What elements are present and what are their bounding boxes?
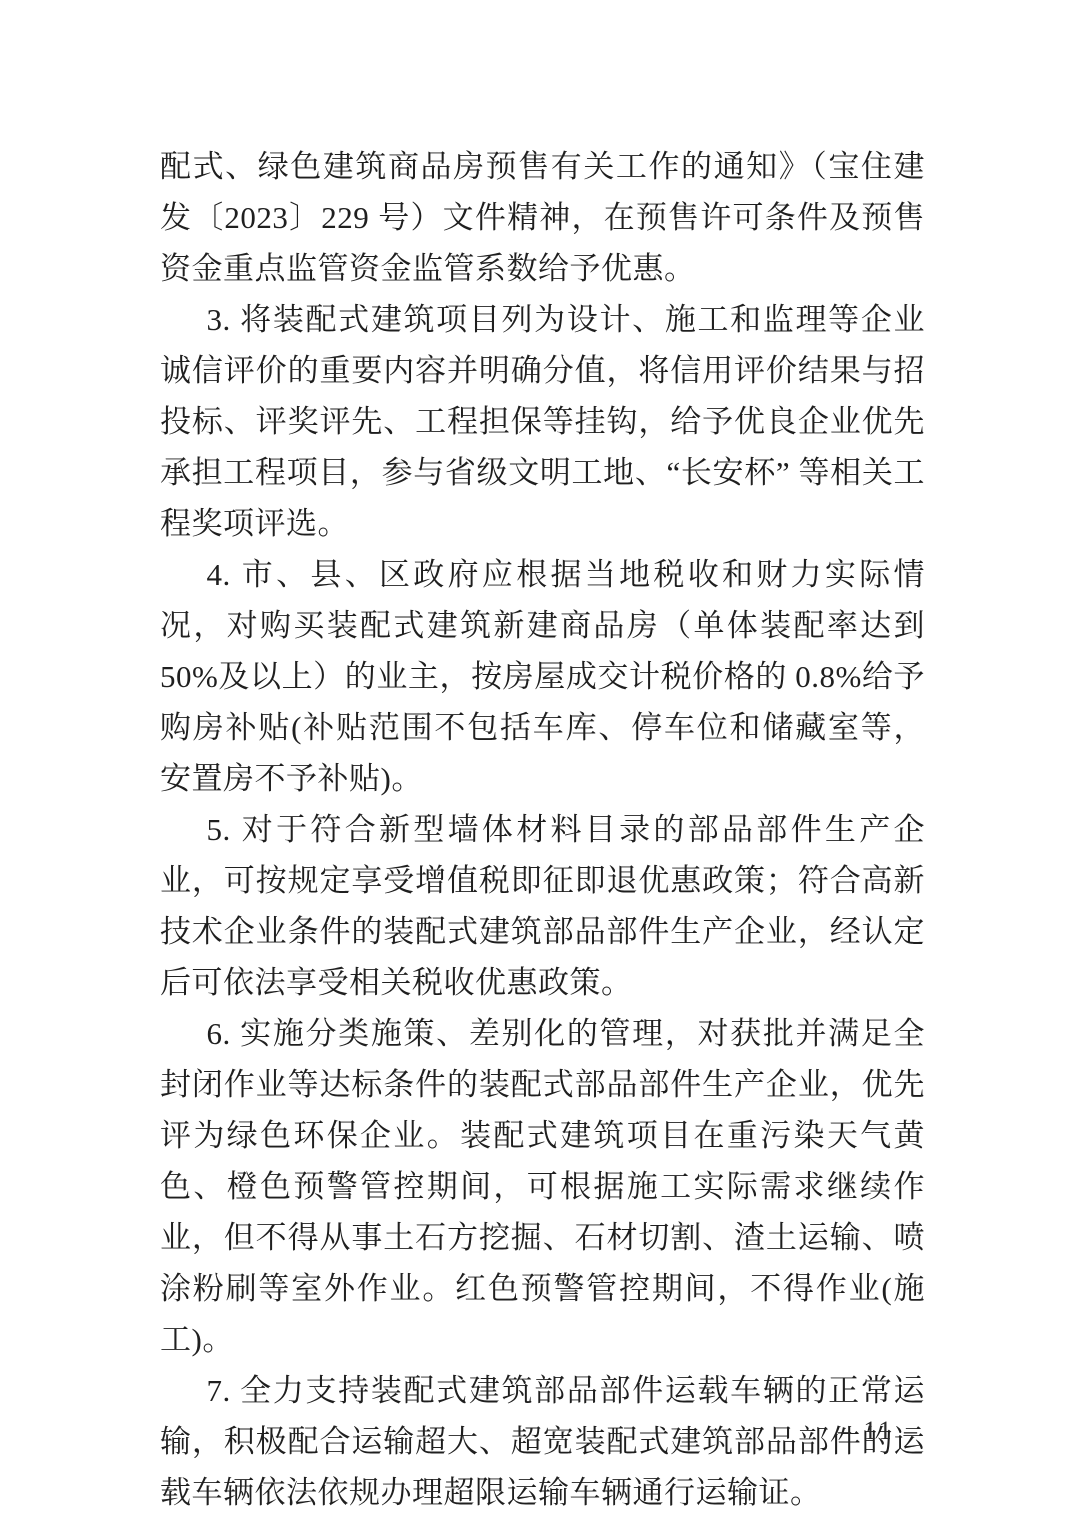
paragraph-item-7: 7. 全力支持装配式建筑部品部件运载车辆的正常运输，积极配合运输超大、超宽装配式… — [160, 1365, 925, 1518]
document-body: 配式、绿色建筑商品房预售有关工作的通知》（宝住建发〔2023〕229 号）文件精… — [160, 141, 925, 1518]
paragraph-item-4: 4. 市、县、区政府应根据当地税收和财力实际情况，对购买装配式建筑新建商品房（单… — [160, 549, 925, 804]
paragraph-continuation: 配式、绿色建筑商品房预售有关工作的通知》（宝住建发〔2023〕229 号）文件精… — [160, 141, 925, 294]
paragraph-item-3: 3. 将装配式建筑项目列为设计、施工和监理等企业诚信评价的重要内容并明确分值，将… — [160, 294, 925, 549]
document-page: 配式、绿色建筑商品房预售有关工作的通知》（宝住建发〔2023〕229 号）文件精… — [0, 0, 1080, 1527]
page-number: – 11 – — [838, 1416, 920, 1446]
paragraph-item-5: 5. 对于符合新型墙体材料目录的部品部件生产企业，可按规定享受增值税即征即退优惠… — [160, 804, 925, 1008]
paragraph-item-6: 6. 实施分类施策、差别化的管理，对获批并满足全封闭作业等达标条件的装配式部品部… — [160, 1008, 925, 1365]
